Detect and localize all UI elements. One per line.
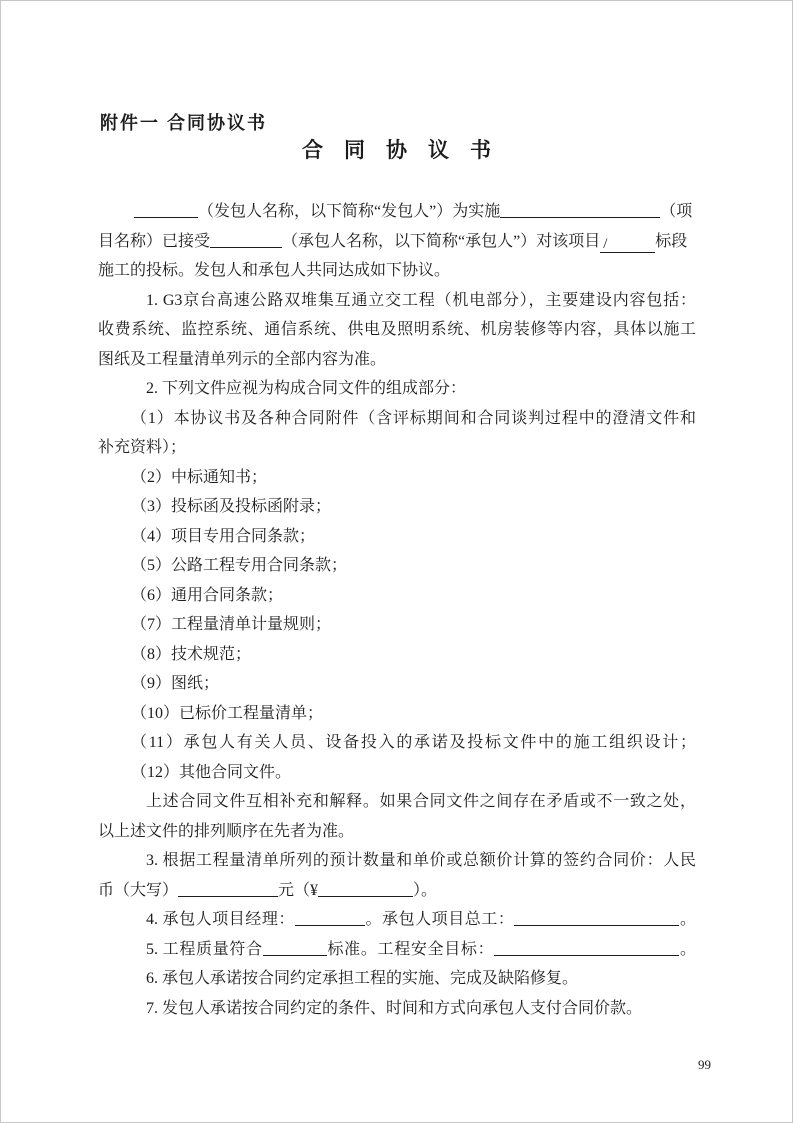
document-line: （2）中标通知书； [98, 463, 696, 493]
text-segment: 以上述文件的排列顺序在先者为准。 [98, 823, 354, 840]
document-line: 币（大写）元（¥）。 [98, 876, 696, 906]
text-segment: （3）投标函及投标函附录； [131, 498, 331, 515]
document-line: （7）工程量清单计量规则； [98, 610, 696, 640]
document-line: 上述合同文件互相补充和解释。如果合同文件之间存在矛盾或不一致之处， [98, 787, 696, 817]
text-segment: 上述合同文件互相补充和解释。如果合同文件之间存在矛盾或不一致之处， [146, 793, 696, 810]
text-segment: 图纸及工程量清单列示的全部内容为准。 [98, 351, 386, 368]
document-title: 合 同 协 议 书 [1, 134, 792, 164]
fill-in-blank-underline [514, 911, 679, 926]
text-segment: 施工的投标。发包人和承包人共同达成如下协议。 [98, 262, 450, 279]
text-segment: （9）图纸； [131, 675, 219, 692]
fill-in-blank-underline [263, 941, 327, 956]
document-body: （发包人名称，以下简称“发包人”）为实施（项目名称）已接受（承包人名称，以下简称… [98, 197, 696, 1023]
fill-in-blank-underline [178, 882, 278, 897]
document-line: 3. 根据工程量清单所列的预计数量和单价或总额价计算的签约合同价：人民 [98, 846, 696, 876]
text-segment: （10）已标价工程量清单； [131, 705, 323, 722]
document-line: 5. 工程质量符合标准。工程安全目标：。 [98, 935, 696, 965]
document-line: （发包人名称，以下简称“发包人”）为实施（项 [98, 197, 696, 227]
document-line: （3）投标函及投标函附录； [98, 492, 696, 522]
document-line: （5）公路工程专用合同条款； [98, 551, 696, 581]
text-segment: 标准。工程安全目标： [327, 941, 495, 958]
document-line: （1）本协议书及各种合同附件（含评标期间和合同谈判过程中的澄清文件和 [98, 404, 696, 434]
document-line: 收费系统、监控系统、通信系统、供电及照明系统、机房装修等内容，具体以施工 [98, 315, 696, 345]
document-line: 4. 承包人项目经理：。承包人项目总工：。 [98, 905, 696, 935]
text-segment: （2）中标通知书； [131, 469, 267, 486]
text-segment: 元（¥ [278, 882, 318, 899]
contract-document-page: 附件一 合同协议书 合 同 协 议 书 （发包人名称，以下简称“发包人”）为实施… [0, 0, 793, 1123]
text-segment: 4. 承包人项目经理： [146, 911, 295, 928]
text-segment: 2. 下列文件应视为构成合同文件的组成部分： [146, 380, 466, 397]
fill-in-blank-slash: / [600, 236, 655, 253]
text-segment: （6）通用合同条款； [131, 587, 283, 604]
document-line: 补充资料）； [98, 433, 696, 463]
document-line: 施工的投标。发包人和承包人共同达成如下协议。 [98, 256, 696, 286]
text-segment: 收费系统、监控系统、通信系统、供电及照明系统、机房装修等内容，具体以施工 [98, 321, 696, 338]
document-line: 以上述文件的排列顺序在先者为准。 [98, 817, 696, 847]
document-line: （6）通用合同条款； [98, 581, 696, 611]
text-segment: 标段 [655, 233, 687, 250]
fill-in-blank-underline [210, 233, 282, 248]
text-segment: 。 [679, 911, 696, 928]
fill-in-blank-underline [494, 941, 679, 956]
document-line: 2. 下列文件应视为构成合同文件的组成部分： [98, 374, 696, 404]
text-segment: （12）其他合同文件。 [131, 764, 291, 781]
attachment-heading: 附件一 合同协议书 [100, 109, 267, 135]
text-segment: （11）承包人有关人员、设备投入的承诺及投标文件中的施工组织设计； [131, 734, 696, 751]
text-segment: ）。 [413, 882, 437, 899]
text-segment: 补充资料）； [98, 439, 186, 456]
text-segment: 6. 承包人承诺按合同约定承担工程的实施、完成及缺陷修复。 [146, 970, 578, 987]
text-segment: 7. 发包人承诺按合同约定的条件、时间和方式向承包人支付合同价款。 [146, 1000, 642, 1017]
document-line: 图纸及工程量清单列示的全部内容为准。 [98, 345, 696, 375]
text-segment: （7）工程量清单计量规则； [131, 616, 331, 633]
fill-in-blank-underline [318, 882, 413, 897]
document-line: 1. G3京台高速公路双堆集互通立交工程（机电部分），主要建设内容包括： [98, 286, 696, 316]
text-segment: （1）本协议书及各种合同附件（含评标期间和合同谈判过程中的澄清文件和 [131, 410, 696, 427]
text-segment: 币（大写） [98, 882, 178, 899]
document-line: （12）其他合同文件。 [98, 758, 696, 788]
document-line: 7. 发包人承诺按合同约定的条件、时间和方式向承包人支付合同价款。 [98, 994, 696, 1024]
text-segment: （4）项目专用合同条款； [131, 528, 315, 545]
text-segment: （发包人名称，以下简称“发包人”）为实施 [198, 203, 500, 220]
text-segment: 目名称）已接受 [98, 233, 210, 250]
text-segment: （项 [660, 203, 692, 220]
text-segment: 3. 根据工程量清单所列的预计数量和单价或总额价计算的签约合同价：人民 [146, 852, 696, 869]
document-line: （10）已标价工程量清单； [98, 699, 696, 729]
text-segment: 。 [679, 941, 696, 958]
text-segment: 5. 工程质量符合 [146, 941, 263, 958]
text-segment: （5）公路工程专用合同条款； [131, 557, 347, 574]
text-segment: 1. G3京台高速公路双堆集互通立交工程（机电部分），主要建设内容包括： [146, 292, 696, 309]
document-line: （4）项目专用合同条款； [98, 522, 696, 552]
fill-in-blank-underline [295, 911, 365, 926]
text-segment: （承包人名称，以下简称“承包人”）对该项目 [282, 233, 600, 250]
document-line: （9）图纸； [98, 669, 696, 699]
document-line: （11）承包人有关人员、设备投入的承诺及投标文件中的施工组织设计； [98, 728, 696, 758]
fill-in-blank-underline [500, 203, 660, 218]
document-line: 6. 承包人承诺按合同约定承担工程的实施、完成及缺陷修复。 [98, 964, 696, 994]
document-line: （8）技术规范； [98, 640, 696, 670]
document-line: 目名称）已接受（承包人名称，以下简称“承包人”）对该项目/标段 [98, 227, 696, 257]
text-segment: 。承包人项目总工： [365, 911, 514, 928]
text-segment: （8）技术规范； [131, 646, 251, 663]
fill-in-blank-underline [134, 203, 198, 218]
page-number: 99 [698, 1057, 711, 1073]
